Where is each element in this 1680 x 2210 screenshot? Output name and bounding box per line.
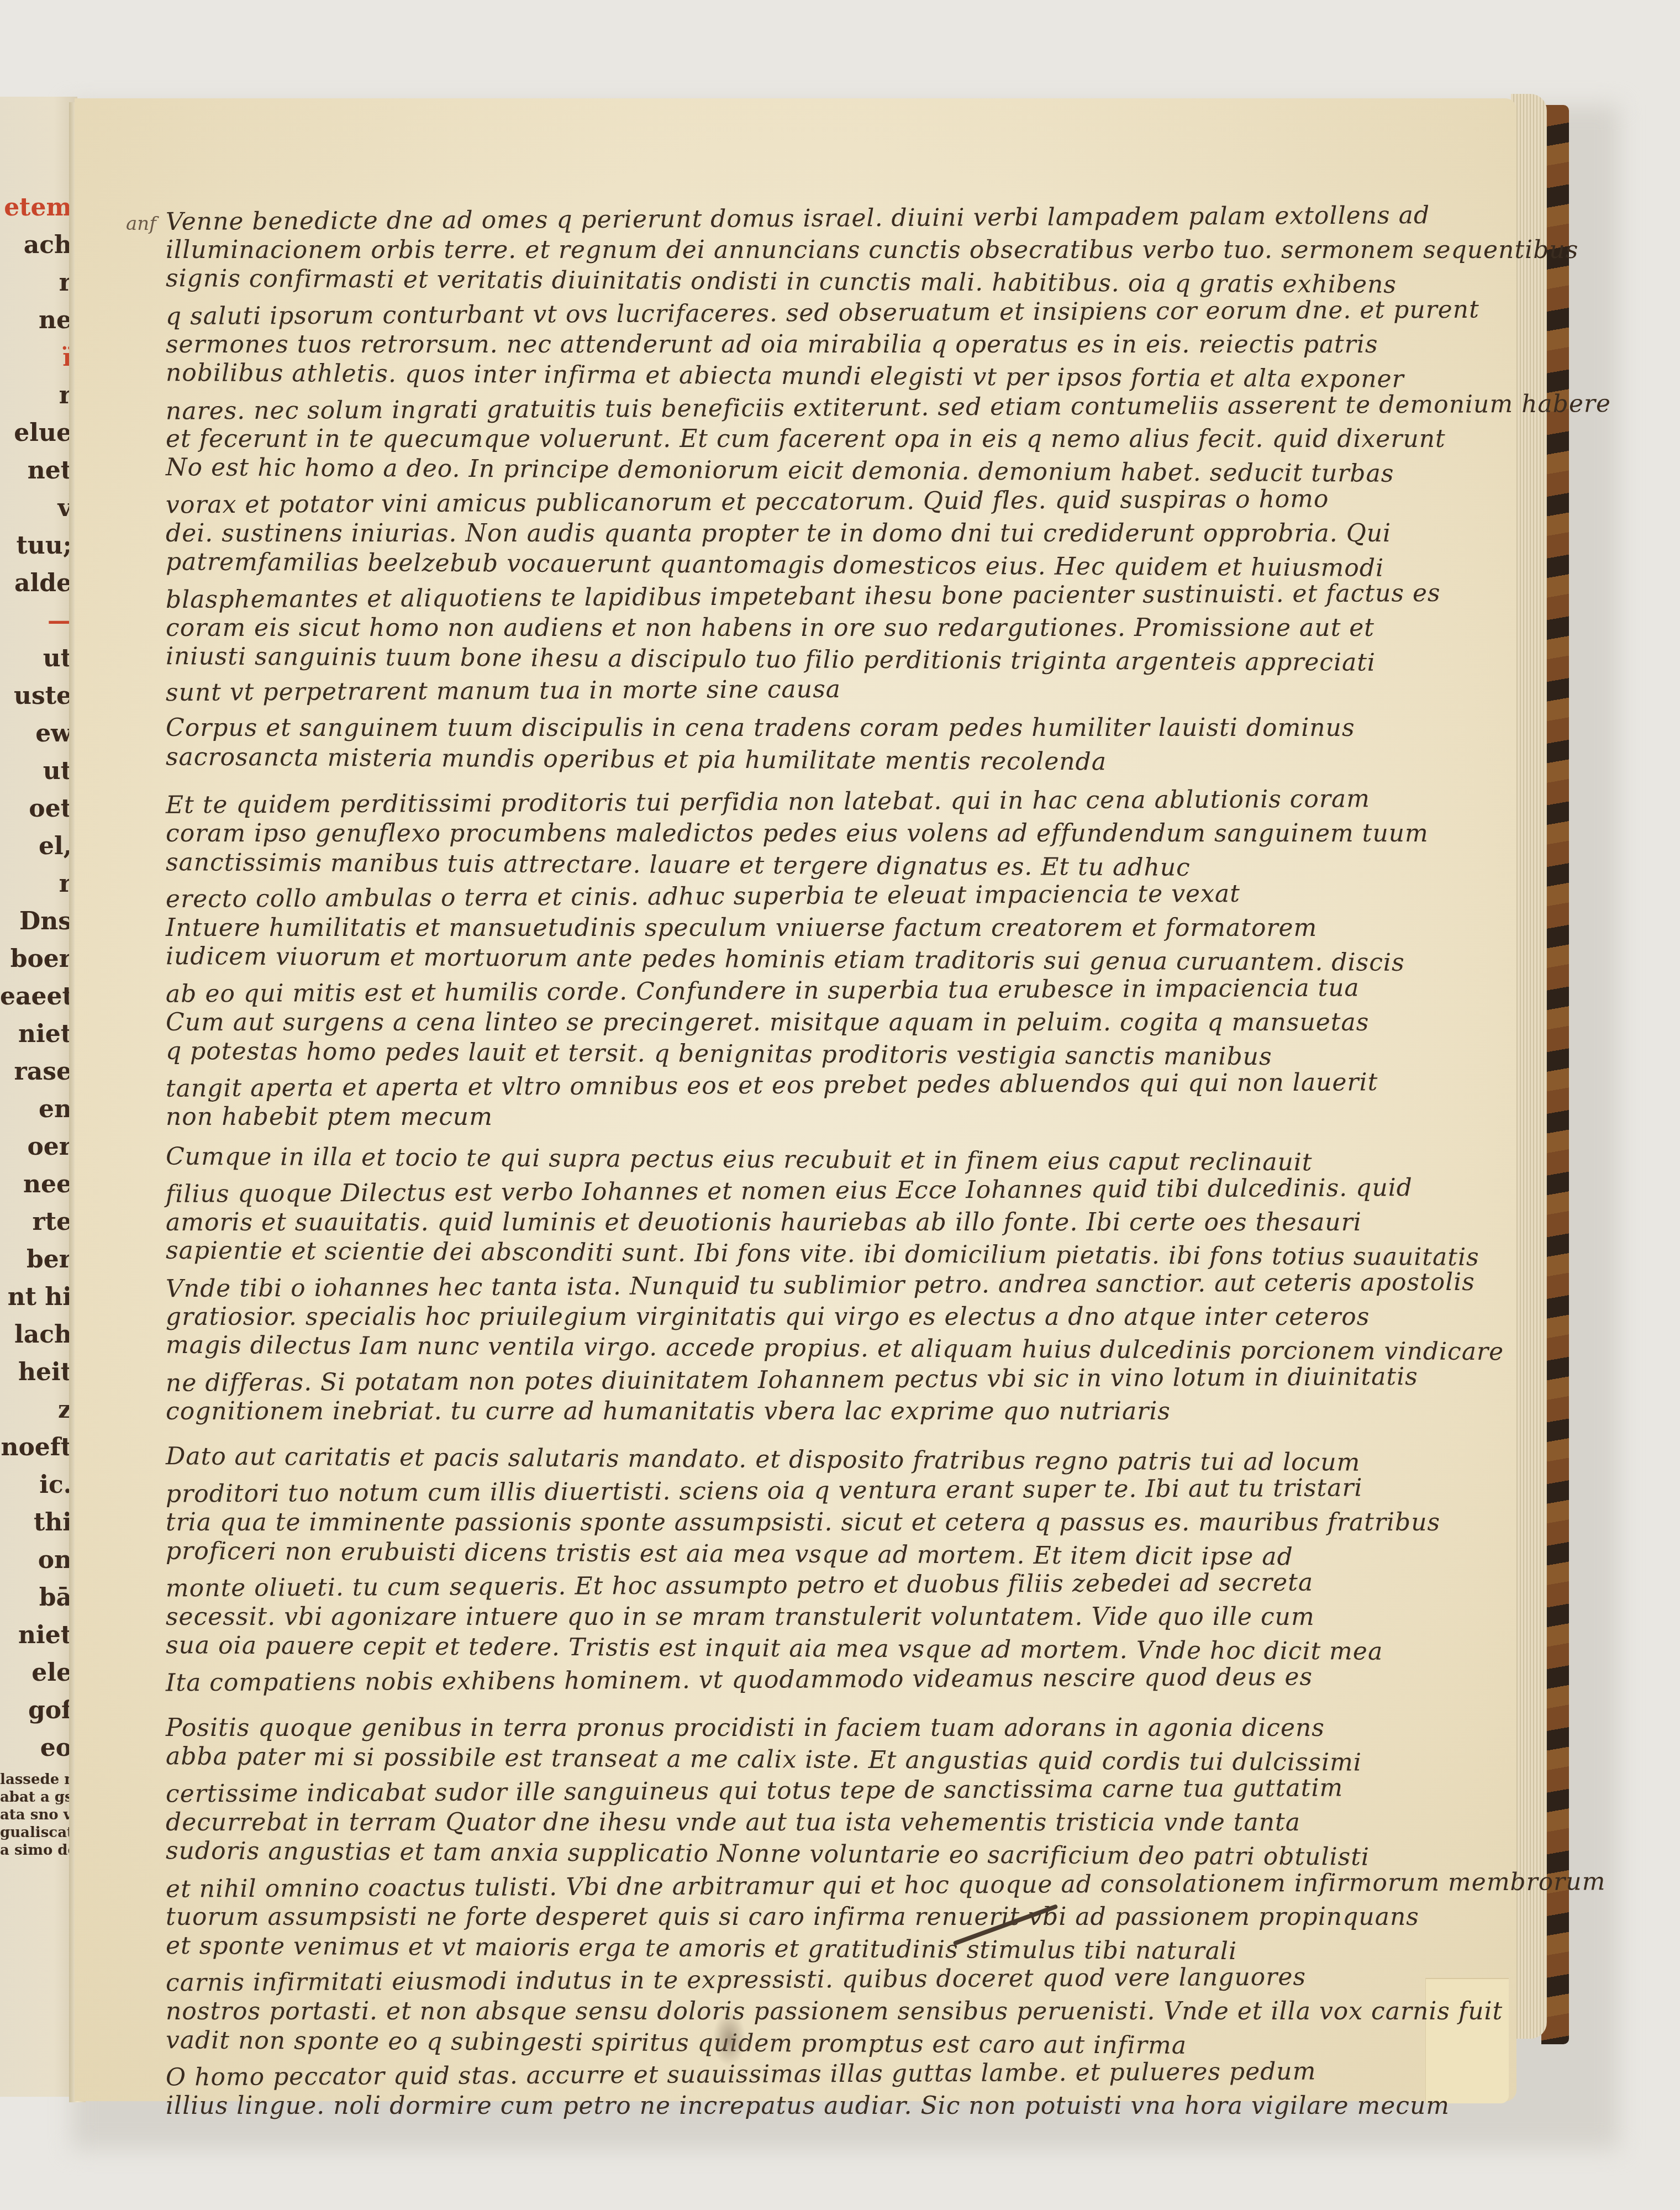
- text-line: Corpus et sanguinem tuum discipulis in c…: [166, 714, 1355, 742]
- text-line: nostros portasti. et non absque sensu do…: [166, 1997, 1503, 2025]
- text-line: tria qua te imminente passionis sponte a…: [166, 1508, 1440, 1537]
- text-line: cognitionem inebriat. tu curre ad humani…: [166, 1397, 1171, 1425]
- left-page-fragment: ew: [0, 719, 72, 748]
- left-page-fragment: eaeet.: [0, 982, 72, 1011]
- left-page-fragment: on: [0, 1546, 72, 1574]
- text-line: decurrebat in terram Quator dne ihesu vn…: [166, 1808, 1300, 1837]
- text-line: vadit non sponte eo q subingesti spiritu…: [166, 2026, 1187, 2060]
- left-page-fragment: heit: [0, 1358, 72, 1386]
- left-page-fragment: r: [0, 381, 72, 409]
- text-line: Ita compatiens nobis exhibens hominem. v…: [166, 1663, 1313, 1697]
- left-page-fragment: ber: [0, 1245, 72, 1274]
- left-page-fragment: oer: [0, 1133, 72, 1161]
- text-line: Cumque in illa et tocio te qui supra pec…: [166, 1143, 1313, 1177]
- left-page-fragment: thi: [0, 1508, 72, 1537]
- text-line: sermones tuos retrorsum. nec attenderunt…: [166, 330, 1378, 359]
- left-page-fragment: etem: [0, 193, 72, 222]
- left-page-fragment: gualiscat: [0, 1824, 72, 1841]
- left-page-fragment: nee: [0, 1170, 72, 1198]
- left-page-fragment: v: [0, 494, 72, 522]
- left-page-fragment: lach: [0, 1320, 72, 1349]
- left-page-fragment: ut: [0, 644, 72, 672]
- left-page-fragment: a simo dolo: [0, 1842, 72, 1859]
- text-line: Cum aut surgens a cena linteo se precing…: [166, 1008, 1369, 1036]
- text-line: tuorum assumpsisti ne forte desperet qui…: [166, 1903, 1419, 1931]
- left-page-fragment: alde: [0, 569, 72, 597]
- left-page-fragment: eo: [0, 1734, 72, 1762]
- text-line: sanctissimis manibus tuis attrectare. la…: [166, 848, 1191, 882]
- text-line: sacrosancta misteria mundis operibus et …: [166, 743, 1107, 776]
- left-page-fragment: rte: [0, 1208, 72, 1236]
- left-page-fragment: abat a gs: [0, 1789, 72, 1806]
- left-page-fragment: boer: [0, 945, 72, 973]
- ink-smudge: [713, 2011, 746, 2066]
- text-line: et sponte venimus et vt maioris erga te …: [166, 1932, 1237, 1965]
- left-page-fragment: bā: [0, 1583, 72, 1612]
- text-line: proficeri non erubuisti dicens tristis e…: [166, 1537, 1293, 1571]
- text-line: illuminacionem orbis terre. et regnum de…: [166, 236, 1578, 264]
- text-line: secessit. vbi agonizare intuere quo in s…: [166, 1603, 1315, 1631]
- left-page-fragment: ata sno ver: [0, 1807, 72, 1823]
- text-line: Intuere humilitatis et mansuetudinis spe…: [166, 914, 1317, 942]
- text-line: Positis quoque genibus in terra pronus p…: [166, 1714, 1325, 1742]
- text-line: illius lingue. noli dormire cum petro ne…: [166, 2092, 1450, 2120]
- text-line: amoris et suauitatis. quid luminis et de…: [166, 1208, 1362, 1236]
- text-line: monte oliueti. tu cum sequeris. Et hoc a…: [166, 1569, 1313, 1603]
- text-line: coram eis sicut homo non audiens et non …: [166, 614, 1374, 642]
- left-page-fragment: noeft: [0, 1433, 72, 1461]
- left-page-fragment: ic.: [0, 1471, 72, 1499]
- left-page-fragment: lassede mis: [0, 1771, 72, 1788]
- left-page-fragment: oet: [0, 794, 72, 823]
- left-page-fragment: gof: [0, 1696, 72, 1724]
- left-page-fragment: —: [0, 607, 72, 635]
- text-line: coram ipso genuflexo procumbens maledict…: [166, 819, 1429, 848]
- text-line: gratiosior. specialis hoc priuilegium vi…: [166, 1303, 1370, 1331]
- left-page-fragment: Dns: [0, 907, 72, 935]
- left-page-fragment: ut: [0, 757, 72, 785]
- left-page-fragment: r: [0, 269, 72, 297]
- text-line: q potestas homo pedes lauit et tersit. q…: [166, 1037, 1272, 1071]
- left-page-fragment: r: [0, 870, 72, 898]
- text-line: dei. sustinens iniurias. Non audis quant…: [166, 519, 1391, 548]
- left-page-fragment: el,: [0, 832, 72, 860]
- left-page-fragment: niet: [0, 1621, 72, 1649]
- left-page-fragment: ne: [0, 306, 72, 334]
- left-page-fragment: uste: [0, 682, 72, 710]
- text-line: erecto collo ambulas o terra et cinis. a…: [166, 880, 1240, 913]
- left-page-fragment: net: [0, 456, 72, 485]
- left-page-fragment: ach: [0, 231, 72, 259]
- left-page-fragment: en: [0, 1095, 72, 1123]
- left-page-fragment: nt hi: [0, 1283, 72, 1311]
- margin-note: anf: [126, 213, 156, 235]
- left-page-fragment: z: [0, 1396, 72, 1424]
- text-line: et fecerunt in te quecumque voluerunt. E…: [166, 425, 1446, 453]
- text-line: non habebit ptem mecum: [166, 1103, 493, 1131]
- text-line: carnis infirmitati eiusmodi indutus in t…: [166, 1963, 1306, 1997]
- text-line: sunt vt perpetrarent manum tua in morte …: [166, 675, 841, 707]
- left-page-fragment: ele: [0, 1659, 72, 1687]
- left-page-fragment: niet: [0, 1020, 72, 1048]
- left-page-fragment: elue: [0, 419, 72, 447]
- left-page-fragment: rase: [0, 1057, 72, 1086]
- left-page-fragment: ï: [0, 344, 72, 372]
- left-page-fragment: tuu;: [0, 532, 72, 560]
